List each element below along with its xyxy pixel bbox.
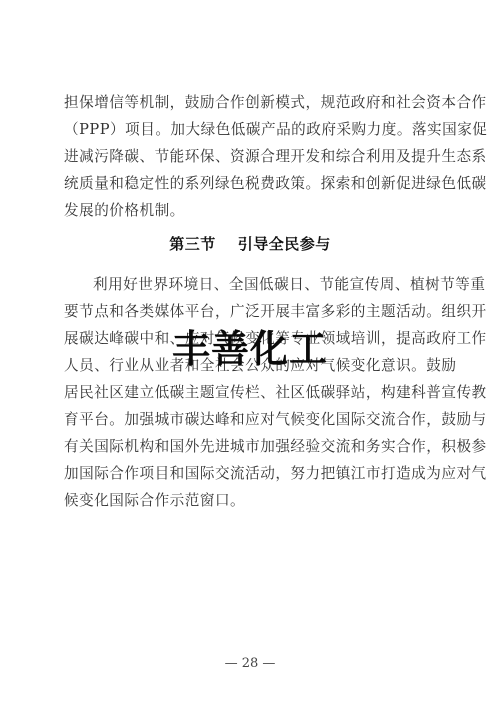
paragraph-line: 居民社区建立低碳主题宣传栏、社区低碳驿站，构建科普宣传教 xyxy=(64,383,438,403)
paragraph-line: 统质量和稳定性的系列绿色税费政策。探索和创新促进绿色低碳 xyxy=(64,174,438,194)
paragraph-line: 进减污降碳、节能环保、资源合理开发和综合利用及提升生态系 xyxy=(64,147,438,167)
paragraph-line: 要节点和各类媒体平台，广泛开展丰富多彩的主题活动。组织开 xyxy=(64,302,438,322)
section-number: 第三节 xyxy=(169,235,216,253)
page-number: — 28 — xyxy=(0,656,500,671)
paragraph-line: 有关国际机构和国外先进城市加强经验交流和务实合作，积极参 xyxy=(64,437,438,457)
paragraph-line: 育平台。加强城市碳达峰和应对气候变化国际交流合作，鼓励与 xyxy=(64,410,438,430)
paragraph-line: 担保增信等机制，鼓励合作创新模式，规范政府和社会资本合作 xyxy=(64,93,438,113)
paragraph-line: 利用好世界环境日、全国低碳日、节能宣传周、植树节等重 xyxy=(93,275,438,295)
document-page: 担保增信等机制，鼓励合作创新模式，规范政府和社会资本合作 （PPP）项目。加大绿… xyxy=(0,0,500,707)
paragraph-line: 加国际合作项目和国际交流活动，努力把镇江市打造成为应对气 xyxy=(64,464,438,484)
watermark-overlay: 丰善化工 xyxy=(172,325,328,373)
paragraph-line: 候变化国际合作示范窗口。 xyxy=(64,491,438,511)
section-title: 引导全民参与 xyxy=(238,235,331,253)
paragraph-line: 发展的价格机制。 xyxy=(64,201,438,221)
section-heading: 第三节引导全民参与 xyxy=(0,233,500,254)
paragraph-line: （PPP）项目。加大绿色低碳产品的政府采购力度。落实国家促 xyxy=(64,120,438,140)
